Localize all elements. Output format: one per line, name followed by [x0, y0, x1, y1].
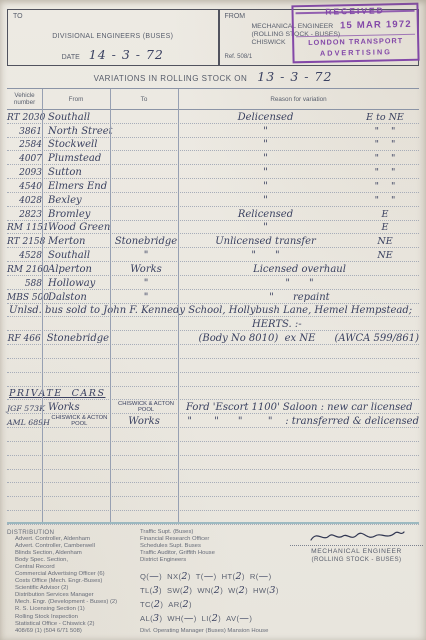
- received-stamp: RECEIVED 15 MAR 1972 LONDON TRANSPORT AD…: [291, 3, 419, 64]
- table-row: [7, 470, 419, 484]
- code-line: TC(2)AR(2): [140, 599, 310, 613]
- cell-vehicle-number: 4007: [7, 154, 44, 164]
- reason-text: Unlicensed transfer: [180, 236, 351, 247]
- code-count-handwritten: —: [259, 571, 269, 582]
- code-count-handwritten: 2: [154, 599, 160, 610]
- reason-text: ": [180, 195, 351, 206]
- column-divider: [42, 89, 43, 522]
- cell-reason: " repaint: [180, 292, 419, 303]
- distribution-item: R. S. Licensing Section (1): [7, 606, 139, 613]
- signatory-title: MECHANICAL ENGINEER: [290, 548, 423, 555]
- cell-reason: RelicensedE: [180, 209, 419, 220]
- table-row: 4028Bexley"" ": [7, 193, 419, 207]
- reason-text: ": [180, 126, 351, 137]
- reason-text: ": [180, 139, 351, 150]
- cell-vehicle-number: 2584: [7, 140, 44, 150]
- code-pair: NX(2): [167, 572, 191, 581]
- license-status: " ": [351, 181, 419, 192]
- recipient-item: Schedules Supt. Buses: [140, 543, 260, 550]
- scanned-memo-form: TO DIVISIONAL ENGINEERS (BUSES) DATE 14 …: [0, 0, 426, 640]
- reason-text: Relicensed: [180, 209, 351, 220]
- cell-from: CHISWICK & ACTON POOL: [44, 414, 111, 427]
- code-count-handwritten: 3: [153, 613, 159, 624]
- reason-text: ": [180, 222, 351, 233]
- cell-from: Holloway: [44, 278, 112, 289]
- table-row: RT 2158MertonStonebridgeUnlicensed trans…: [7, 234, 419, 248]
- code-pair: SW(2): [167, 586, 192, 595]
- column-header-vehicle: Vehicle number: [7, 89, 42, 109]
- distribution-item: Distribution Services Manager: [7, 592, 139, 599]
- distribution-item: 408/69 (1) (504 6/71 508): [7, 628, 139, 635]
- date-label: DATE: [62, 54, 80, 61]
- code-pair: R(—): [250, 572, 272, 581]
- column-divider: [110, 89, 111, 522]
- cell-reason: "" ": [180, 153, 419, 164]
- table-row: RM 1151Wood Green"E: [7, 221, 419, 235]
- cell-from: Bexley: [44, 195, 112, 206]
- cell-from: Elmers End: [44, 181, 112, 192]
- table-row: [7, 373, 419, 387]
- distribution-item: Central Record: [7, 564, 139, 571]
- distribution-item: Blinds Section, Aldenham: [7, 550, 139, 557]
- table-row: 4007Plumstead"" ": [7, 151, 419, 165]
- distribution-item: Advert. Controller, Camberwell: [7, 543, 139, 550]
- code-pair: WH(—): [167, 614, 196, 623]
- license-status: E: [351, 222, 419, 233]
- cell-reason: DelicensedE to NE: [180, 112, 419, 123]
- code-pair: Q(—): [140, 572, 162, 581]
- table-row: Unlsd. bus sold to John F. Kennedy Schoo…: [7, 304, 419, 318]
- section-heading: PRIVATE CARS: [7, 388, 105, 399]
- code-pair: AV(—): [226, 614, 252, 623]
- code-count-handwritten: —: [149, 571, 159, 582]
- code-count-handwritten: —: [204, 571, 214, 582]
- distribution-item: Commercial Advertising Officer (6): [7, 571, 139, 578]
- code-count-handwritten: 2: [183, 585, 189, 596]
- cell-reason: " ": [180, 278, 419, 289]
- code-count-handwritten: 2: [235, 571, 241, 582]
- cell-to: CHISWICK & ACTON POOL: [112, 400, 180, 413]
- reason-text: ": [180, 153, 351, 164]
- cell-from: Merton: [44, 236, 112, 247]
- license-status: E to NE: [351, 112, 419, 123]
- row-note: Unlsd. bus sold to John F. Kennedy Schoo…: [7, 305, 412, 316]
- form-title-date-handwritten: 13 - 3 - 72: [257, 69, 332, 84]
- reason-text: Ford 'Escort 1100' Saloon : new car lice…: [180, 402, 419, 413]
- license-status: E: [351, 209, 419, 220]
- code-pair: T(—): [196, 572, 217, 581]
- code-line: Q(—)NX(2)T(—)HT(2)R(—): [140, 571, 310, 585]
- code-pair: WN(2): [197, 586, 223, 595]
- license-status: " ": [351, 126, 419, 137]
- cell-vehicle-number: JGF 573K: [7, 404, 44, 413]
- table-row: 3861North Street"" ": [7, 124, 419, 138]
- table-row: [7, 497, 419, 511]
- code-pair: LI(2): [202, 614, 221, 623]
- code-line: AL(3)WH(—)LI(2)AV(—): [140, 613, 310, 627]
- to-label: TO: [13, 13, 23, 20]
- distribution-item: Statistical Office - Chiswick (2): [7, 621, 139, 628]
- distribution-item: Body Spec. Section,: [7, 557, 139, 564]
- cell-vehicle-number: RM 1151: [7, 223, 44, 233]
- table-row: [7, 345, 419, 359]
- cell-vehicle-number: RF 466: [7, 334, 43, 344]
- distribution-item: Scientific Advisor (2): [7, 585, 139, 592]
- form-footer: DISTRIBUTION Advert. Controller, Aldenha…: [7, 527, 419, 640]
- distribution-item: Costs Office (Mech. Engr.-Buses): [7, 578, 139, 585]
- table-row: 2584Stockwell"" ": [7, 138, 419, 152]
- reason-text: " ": [180, 278, 419, 289]
- cell-from: Works: [44, 402, 112, 413]
- recipient-item: Financial Research Officer: [140, 536, 260, 543]
- table-row: 4528Southall"" "NE: [7, 248, 419, 262]
- distribution-item: Advert. Controller, Aldenham: [7, 536, 139, 543]
- cell-reason: " "NE: [180, 250, 419, 261]
- cell-vehicle-number: RT 2030: [7, 113, 44, 123]
- code-count-handwritten: 2: [183, 599, 189, 610]
- cell-reason: "E: [180, 222, 419, 233]
- distribution-item: Rolling Stock Inspection: [7, 614, 139, 621]
- column-divider: [178, 89, 179, 522]
- cell-to: ": [112, 292, 180, 303]
- column-header-from: From: [42, 89, 110, 109]
- cell-reason: (Body No 8010) ex NE (AWCA 599/861): [174, 333, 419, 344]
- code-pair: HW(3): [253, 586, 279, 595]
- date-value-handwritten: 14 - 3 - 72: [89, 47, 164, 62]
- cell-reason: Ford 'Escort 1100' Saloon : new car lice…: [180, 402, 419, 413]
- cell-to: ": [112, 250, 180, 261]
- stamp-org: LONDON TRANSPORT: [294, 36, 417, 48]
- cell-to: Stonebridge: [112, 236, 180, 247]
- cell-to: Works: [112, 264, 180, 275]
- to-box: TO DIVISIONAL ENGINEERS (BUSES) DATE 14 …: [7, 9, 219, 66]
- code-count-handwritten: 2: [239, 585, 245, 596]
- cell-from: Stonebridge: [43, 333, 109, 344]
- code-pair: AR(2): [168, 600, 192, 609]
- table-body: RT 2030SouthallDelicensedE to NE3861Nort…: [7, 110, 419, 525]
- code-count-handwritten: 2: [181, 571, 187, 582]
- code-count-handwritten: 2: [214, 585, 220, 596]
- cell-to: ": [112, 278, 180, 289]
- cell-from: Wood Green: [44, 222, 112, 233]
- table-row: [7, 442, 419, 456]
- column-header-to: To: [110, 89, 178, 109]
- license-status: NE: [351, 250, 419, 261]
- signatory-subtitle: (ROLLING STOCK - BUSES): [290, 556, 423, 563]
- cell-from: North Street: [44, 126, 112, 137]
- date-row: DATE 14 - 3 - 72: [8, 47, 218, 62]
- cell-from: Southall: [44, 112, 112, 123]
- divl-operating-manager-line: Divl. Operating Manager (Buses) Mansion …: [140, 628, 268, 634]
- table-row: [7, 483, 419, 497]
- cell-vehicle-number: 4528: [7, 251, 44, 261]
- reason-text: Licensed overhaul: [180, 264, 419, 275]
- table-row: [7, 359, 419, 373]
- cell-reason: "" ": [180, 139, 419, 150]
- recipient-item: Traffic Supt. (Buses): [140, 529, 260, 536]
- cell-from: Sutton: [44, 167, 112, 178]
- table-row: PRIVATE CARS: [7, 387, 419, 401]
- cell-vehicle-number: 2093: [7, 168, 44, 178]
- distribution-title: DISTRIBUTION: [7, 529, 139, 536]
- table-row: [7, 428, 419, 442]
- from-label: FROM: [225, 13, 246, 20]
- cell-vehicle-number: RT 2158: [7, 237, 44, 247]
- recipient-item: Traffic Auditor, Griffith House: [140, 550, 260, 557]
- variations-table: Vehicle number From To Reason for variat…: [7, 88, 419, 524]
- table-row: JGF 573KWorksCHISWICK & ACTON POOLFord '…: [7, 400, 419, 414]
- table-row: MBS 500Dalston"" repaint: [7, 290, 419, 304]
- cell-to: Works: [111, 416, 178, 427]
- cell-reason: Unlicensed transferNE: [180, 236, 419, 247]
- cell-reason: "" ": [180, 167, 419, 178]
- column-header-reason: Reason for variation: [178, 89, 419, 109]
- code-pair: W(2): [228, 586, 248, 595]
- code-count-handwritten: —: [184, 613, 194, 624]
- cell-reason: "" ": [180, 126, 419, 137]
- cell-reason: Licensed overhaul: [180, 264, 419, 275]
- license-status: " ": [351, 139, 419, 150]
- code-pair: TL(3): [140, 586, 162, 595]
- distribution-list: DISTRIBUTION Advert. Controller, Aldenha…: [7, 529, 139, 635]
- stamp-date: 15 MAR 1972: [340, 19, 412, 32]
- table-row: 588Holloway"" ": [7, 276, 419, 290]
- cell-vehicle-number: 588: [7, 279, 44, 289]
- cell-reason: "" ": [180, 181, 419, 192]
- cell-reason: " " " " : transferred & delicensed: [177, 416, 419, 427]
- license-status: NE: [351, 236, 419, 247]
- recipients-list: Traffic Supt. (Buses)Financial Research …: [140, 529, 260, 564]
- reason-text: " repaint: [180, 292, 419, 303]
- cell-from: Dalston: [44, 292, 112, 303]
- cell-vehicle-number: 4028: [7, 196, 44, 206]
- signature-block: MECHANICAL ENGINEER (ROLLING STOCK - BUS…: [290, 527, 423, 563]
- cell-reason: "" ": [180, 195, 419, 206]
- table-row: RT 2030SouthallDelicensedE to NE: [7, 110, 419, 124]
- code-count-handwritten: 3: [153, 585, 159, 596]
- cell-vehicle-number: 4540: [7, 182, 44, 192]
- code-pair: AL(3): [140, 614, 162, 623]
- signature-rule: [290, 545, 423, 546]
- table-row: 2823BromleyRelicensedE: [7, 207, 419, 221]
- reason-text: ": [180, 167, 351, 178]
- distribution-item: Mech. Engr. (Development - Buses) (2): [7, 599, 139, 606]
- code-count-handwritten: —: [239, 613, 249, 624]
- cell-from: Plumstead: [44, 153, 112, 164]
- stamp-dept: ADVERTISING: [294, 47, 417, 59]
- reason-text: ": [180, 181, 351, 192]
- code-count-handwritten: 2: [212, 613, 218, 624]
- form-title-printed: VARIATIONS IN ROLLING STOCK ON: [94, 74, 248, 83]
- license-status: " ": [351, 195, 419, 206]
- table-row: AML 689HCHISWICK & ACTON POOLWorks" " " …: [7, 414, 419, 428]
- cell-vehicle-number: AML 689H: [7, 418, 44, 427]
- code-pair: TC(2): [140, 600, 163, 609]
- garage-code-counts: Q(—)NX(2)T(—)HT(2)R(—)TL(3)SW(2)WN(2)W(2…: [140, 571, 310, 627]
- table-row: [7, 511, 419, 525]
- signature-icon: [307, 527, 407, 545]
- table-row: [7, 456, 419, 470]
- cell-vehicle-number: 2823: [7, 210, 44, 220]
- license-status: " ": [351, 153, 419, 164]
- cell-from: Stockwell: [44, 139, 112, 150]
- code-line: TL(3)SW(2)WN(2)W(2)HW(3): [140, 585, 310, 599]
- table-row: 2093Sutton"" ": [7, 165, 419, 179]
- table-row: RF 466Stonebridge(Body No 8010) ex NE (A…: [7, 331, 419, 345]
- reason-text: " ": [180, 250, 351, 261]
- reason-text: Delicensed: [180, 112, 351, 123]
- stamp-received-text: RECEIVED: [293, 5, 416, 18]
- cell-from: Alperton: [44, 264, 112, 275]
- cell-vehicle-number: MBS 500: [7, 293, 44, 303]
- table-row: RM 2160AlpertonWorksLicensed overhaul: [7, 262, 419, 276]
- license-status: " ": [351, 167, 419, 178]
- code-count-handwritten: 3: [269, 585, 275, 596]
- row-note: HERTS. :-: [7, 319, 302, 330]
- distribution-items: Advert. Controller, AldenhamAdvert. Cont…: [7, 536, 139, 635]
- code-pair: HT(2): [222, 572, 245, 581]
- table-row: 4540Elmers End"" ": [7, 179, 419, 193]
- reason-text: (Body No 8010) ex NE (AWCA 599/861): [174, 333, 419, 344]
- form-title: VARIATIONS IN ROLLING STOCK ON 13 - 3 - …: [0, 69, 426, 84]
- reference-number: Ref. 508/1: [225, 54, 253, 60]
- recipient-item: District Engineers: [140, 557, 260, 564]
- to-recipient: DIVISIONAL ENGINEERS (BUSES): [8, 33, 218, 40]
- cell-from: Southall: [44, 250, 112, 261]
- cell-vehicle-number: RM 2160: [7, 265, 44, 275]
- table-header-row: Vehicle number From To Reason for variat…: [7, 89, 419, 110]
- cell-from: Bromley: [44, 209, 112, 220]
- table-row: HERTS. :-: [7, 317, 419, 331]
- cell-vehicle-number: 3861: [7, 127, 44, 137]
- reason-text: " " " " : transferred & delicensed: [177, 416, 419, 427]
